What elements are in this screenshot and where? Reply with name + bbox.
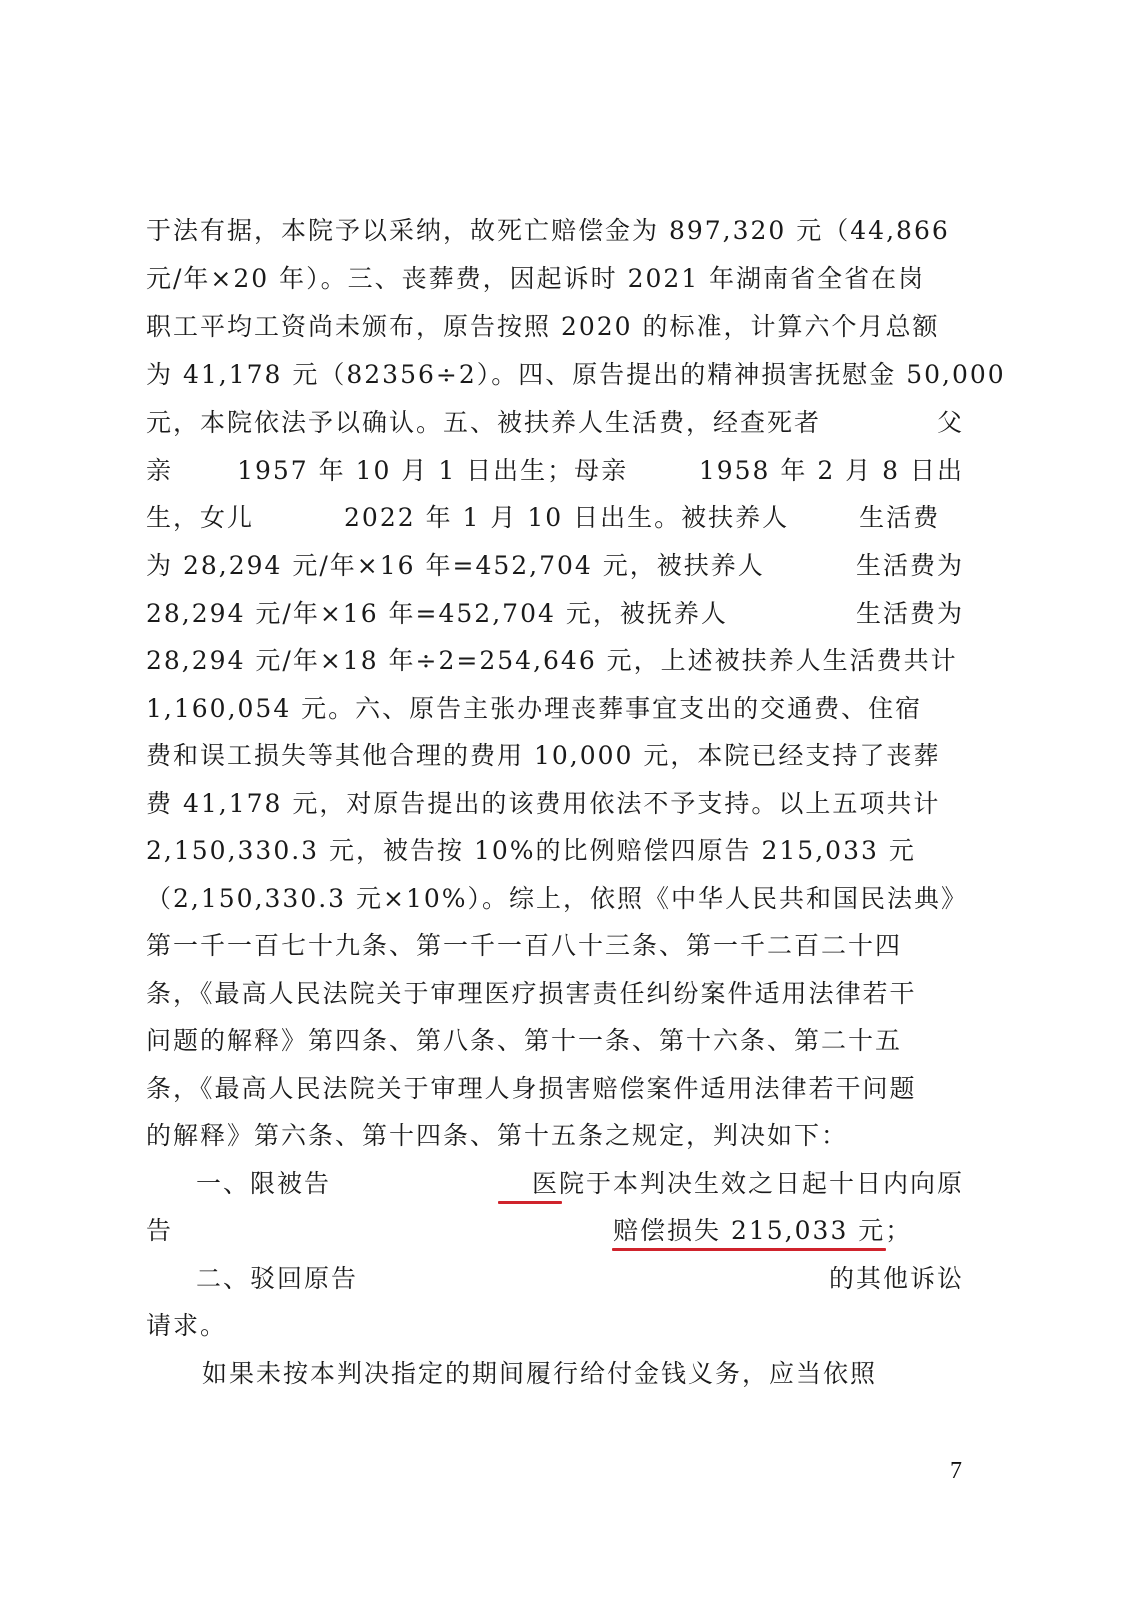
line-text: 2,150,330.3 元，被告按 10%的比例赔偿四原告 215,033 元 xyxy=(146,833,916,869)
text-line: 条，《最高人民法院关于审理医疗损害责任纠纷案件适用法律若干 xyxy=(146,976,964,1012)
line-text-start: 为 28,294 元/年×16 年=452,704 元，被扶养人 xyxy=(146,548,765,584)
line-text-start: 一、限被告 xyxy=(146,1166,331,1202)
line-text: 第一千一百七十九条、第一千一百八十三条、第一千二百二十四 xyxy=(146,928,902,964)
line-text: 元/年×20 年）。三、丧葬费，因起诉时 2021 年湖南省全省在岗 xyxy=(146,261,925,297)
text-line: 的解释》第六条、第十四条、第十五条之规定，判决如下： xyxy=(146,1118,964,1154)
text-line: 条，《最高人民法院关于审理人身损害赔偿案件适用法律若干问题 xyxy=(146,1071,964,1107)
line-text: 问题的解释》第四条、第八条、第十一条、第十六条、第二十五 xyxy=(146,1023,902,1059)
line-text-start: 二、驳回原告 xyxy=(146,1261,358,1297)
line-text: 为 41,178 元（82356÷2）。四、原告提出的精神损害抚慰金 50,00… xyxy=(146,357,1006,393)
text-line: 元，本院依法予以确认。五、被扶养人生活费，经查死者 父 xyxy=(146,405,964,441)
line-text-end: 1958 年 2 月 8 日出 xyxy=(699,453,964,489)
line-text: 的解释》第六条、第十四条、第十五条之规定，判决如下： xyxy=(146,1118,848,1154)
text-line: 为 28,294 元/年×16 年=452,704 元，被扶养人 生活费为 xyxy=(146,548,964,584)
text-line: 生，女儿 2022 年 1 月 10 日出生。被扶养人 生活费 xyxy=(146,500,964,536)
line-text-end: 生活费为 xyxy=(856,548,964,584)
judgment-item-2: 二、驳回原告 的其他诉讼 xyxy=(146,1261,964,1297)
page-number: 7 xyxy=(950,1458,962,1485)
line-text: 请求。 xyxy=(146,1308,227,1344)
line-text-end: 赔偿损失 215,033 元； xyxy=(613,1213,912,1249)
redacted-gap xyxy=(173,1213,613,1249)
text-line: （2,150,330.3 元×10%）。综上，依照《中华人民共和国民法典》 xyxy=(146,881,964,917)
line-text-start: 告 xyxy=(146,1213,173,1249)
document-page: 于法有据，本院予以采纳，故死亡赔偿金为 897,320 元（44,866 元/年… xyxy=(0,0,1131,1600)
redacted-gap xyxy=(628,453,699,489)
line-text-end: 医院于本判决生效之日起十日内向原 xyxy=(532,1166,964,1202)
line-text-end: 父 xyxy=(937,405,964,441)
redacted-gap xyxy=(789,500,859,536)
text-line: 第一千一百七十九条、第一千一百八十三条、第一千二百二十四 xyxy=(146,928,964,964)
line-text: 如果未按本判决指定的期间履行给付金钱义务，应当依照 xyxy=(146,1356,877,1392)
text-line: 28,294 元/年×16 年=452,704 元，被抚养人 生活费为 xyxy=(146,596,964,632)
line-text: 条，《最高人民法院关于审理医疗损害责任纠纷案件适用法律若干 xyxy=(146,976,917,1012)
line-text-mid: 1957 年 10 月 1 日出生；母亲 xyxy=(237,453,628,489)
text-line: 为 41,178 元（82356÷2）。四、原告提出的精神损害抚慰金 50,00… xyxy=(146,357,964,393)
line-text-mid: 2022 年 1 月 10 日出生。被扶养人 xyxy=(344,500,789,536)
judgment-item-1: 一、限被告 医院于本判决生效之日起十日内向原 xyxy=(146,1166,964,1202)
text-line: 告 赔偿损失 215,033 元； xyxy=(146,1213,964,1249)
line-text: 1,160,054 元。六、原告主张办理丧葬事宜支出的交通费、住宿 xyxy=(146,691,922,727)
line-text-start: 亲 xyxy=(146,453,173,489)
line-text: 于法有据，本院予以采纳，故死亡赔偿金为 897,320 元（44,866 xyxy=(146,213,950,249)
text-line: 亲 1957 年 10 月 1 日出生；母亲 1958 年 2 月 8 日出 xyxy=(146,453,964,489)
line-text: 费和误工损失等其他合理的费用 10,000 元，本院已经支持了丧葬 xyxy=(146,738,940,774)
line-text-end: 的其他诉讼 xyxy=(829,1261,964,1297)
line-text-start: 元，本院依法予以确认。五、被扶养人生活费，经查死者 xyxy=(146,405,821,441)
line-text-start: 生，女儿 xyxy=(146,500,254,536)
red-underline-annotation xyxy=(612,1248,886,1251)
line-text: 职工平均工资尚未颁布，原告按照 2020 的标准，计算六个月总额 xyxy=(146,309,940,345)
red-underline-annotation xyxy=(498,1201,562,1204)
text-line: 职工平均工资尚未颁布，原告按照 2020 的标准，计算六个月总额 xyxy=(146,309,964,345)
text-line: 28,294 元/年×18 年÷2=254,646 元，上述被扶养人生活费共计 xyxy=(146,643,964,679)
text-line: 费 41,178 元，对原告提出的该费用依法不予支持。以上五项共计 xyxy=(146,786,964,822)
line-text: （2,150,330.3 元×10%）。综上，依照《中华人民共和国民法典》 xyxy=(146,881,968,917)
text-line: 请求。 xyxy=(146,1308,964,1344)
text-line: 问题的解释》第四条、第八条、第十一条、第十六条、第二十五 xyxy=(146,1023,964,1059)
text-line: 如果未按本判决指定的期间履行给付金钱义务，应当依照 xyxy=(146,1356,964,1392)
text-line: 费和误工损失等其他合理的费用 10,000 元，本院已经支持了丧葬 xyxy=(146,738,964,774)
line-text: 28,294 元/年×18 年÷2=254,646 元，上述被扶养人生活费共计 xyxy=(146,643,958,679)
line-text: 条，《最高人民法院关于审理人身损害赔偿案件适用法律若干问题 xyxy=(146,1071,917,1107)
text-line: 2,150,330.3 元，被告按 10%的比例赔偿四原告 215,033 元 xyxy=(146,833,964,869)
redacted-gap xyxy=(254,500,344,536)
line-text-start: 28,294 元/年×16 年=452,704 元，被抚养人 xyxy=(146,596,728,632)
line-text-end: 生活费 xyxy=(859,500,940,536)
line-text: 费 41,178 元，对原告提出的该费用依法不予支持。以上五项共计 xyxy=(146,786,940,822)
text-line: 1,160,054 元。六、原告主张办理丧葬事宜支出的交通费、住宿 xyxy=(146,691,964,727)
text-line: 元/年×20 年）。三、丧葬费，因起诉时 2021 年湖南省全省在岗 xyxy=(146,261,964,297)
text-line: 于法有据，本院予以采纳，故死亡赔偿金为 897,320 元（44,866 xyxy=(146,213,964,249)
redacted-gap xyxy=(173,453,237,489)
line-text-end: 生活费为 xyxy=(856,596,964,632)
